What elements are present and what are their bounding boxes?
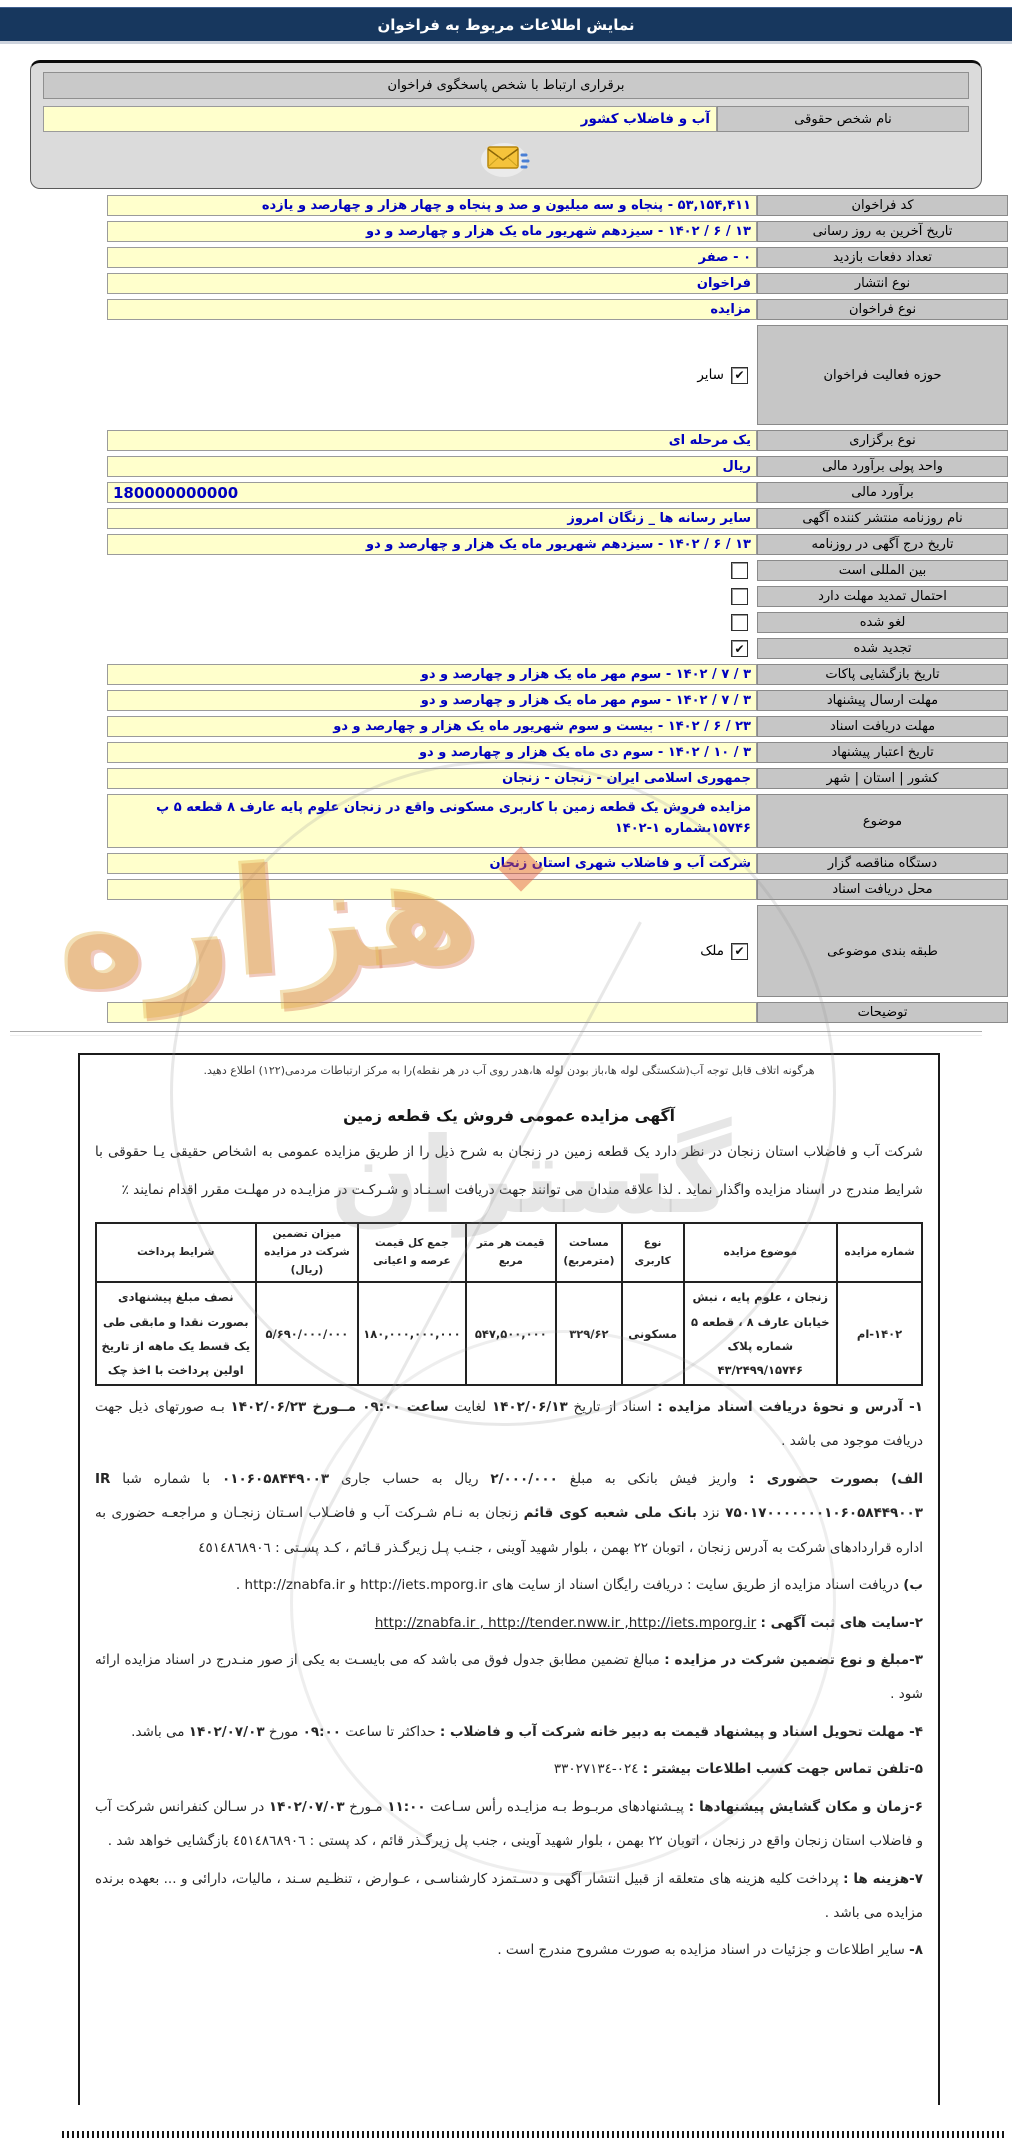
info-row: تاریخ اعتبار پیشنهاد۳ / ۱۰ / ۱۴۰۲ - سوم …: [0, 742, 1008, 763]
field-label: برآورد مالی: [757, 482, 1008, 503]
field-value[interactable]: ۵۳,۱۵۴,۴۱۱ - پنجاه و سه میلیون و صد و پن…: [107, 195, 757, 216]
info-row: مهلت ارسال پیشنهاد۳ / ۷ / ۱۴۰۲ - سوم مهر…: [0, 690, 1008, 711]
info-row-category: طبقه بندی موضوعیملک: [0, 905, 1008, 997]
ad-intro-paragraph: شرکت آب و فاضلاب استان زنجان در نظر دارد…: [95, 1133, 923, 1210]
col-usage-type: نوع کاربری: [622, 1223, 684, 1283]
info-row: کد فراخوان۵۳,۱۵۴,۴۱۱ - پنجاه و سه میلیون…: [0, 195, 1008, 216]
field-value[interactable]: [107, 879, 757, 900]
legal-person-value[interactable]: آب و فاضلاب کشور: [43, 106, 717, 132]
ad-item-alef: الف) بصورت حضوری : واریز فیش بانکی به مب…: [95, 1462, 923, 1565]
auction-subject: زنجان ، علوم پایه ، نبش خیابان عارف ۸ ، …: [684, 1282, 838, 1385]
guarantee-amount: ۵/۶۹۰/۰۰۰/۰۰۰: [256, 1282, 359, 1385]
info-row: نوع فراخوانمزایده: [0, 299, 1008, 320]
field-label: موضوع: [757, 794, 1008, 848]
field-label: واحد پولی برآورد مالی: [757, 456, 1008, 477]
field-label: تاریخ آخرین به روز رسانی: [757, 221, 1008, 242]
field-label: محل دریافت اسناد: [757, 879, 1008, 900]
field-label: نوع برگزاری: [757, 430, 1008, 451]
page-title: نمایش اطلاعات مربوط به فراخوان: [0, 7, 1012, 44]
field-value[interactable]: ۳ / ۷ / ۱۴۰۲ - سوم مهر ماه یک هزار و چها…: [107, 664, 757, 685]
field-label: طبقه بندی موضوعی: [757, 905, 1008, 997]
info-row-international: بین المللی است: [0, 560, 1008, 581]
info-row: کشور | استان | شهرجمهوری اسلامی ایران - …: [0, 768, 1008, 789]
payment-terms: نصف مبلغ پیشنهادی بصورت نقدا و مابقی طی …: [96, 1282, 256, 1385]
col-price-per-meter: قیمت هر متر مربع: [466, 1223, 556, 1283]
scanned-ad-document: هرگونه اتلاف قابل توجه آب(شکستگی لوله ها…: [78, 1053, 940, 2105]
info-row-subject: موضوعمزایده فروش یک قطعه زمین با کاربری …: [0, 794, 1008, 848]
field-value[interactable]: شرکت آب و فاضلاب شهری استان زنجان: [107, 853, 757, 874]
field-label: توضیحات: [757, 1002, 1008, 1023]
checkbox-icon[interactable]: [731, 614, 748, 631]
col-auction-number: شماره مزایده: [837, 1223, 922, 1283]
info-row: محل دریافت اسناد: [0, 879, 1008, 900]
field-value[interactable]: ۱۳ / ۶ / ۱۴۰۲ - سیزدهم شهریور ماه یک هزا…: [107, 221, 757, 242]
checkbox-label: ملک: [700, 943, 724, 959]
field-value[interactable]: ۱۳ / ۶ / ۱۴۰۲ - سیزدهم شهریور ماه یک هزا…: [107, 534, 757, 555]
checkbox-label: سایر: [697, 367, 724, 383]
ad-title: آگهی مزایده عمومی فروش یک قطعه زمین: [95, 1107, 923, 1125]
ad-item-5: ۵-تلفن تماس جهت کسب اطلاعات بیشتر : ٠٢٤-…: [95, 1752, 923, 1786]
info-row: تاریخ درج آگهی در روزنامه۱۳ / ۶ / ۱۴۰۲ -…: [0, 534, 1008, 555]
auction-table-data-row: ۱۴۰۲-ام زنجان ، علوم پایه ، نبش خیابان ع…: [96, 1282, 922, 1385]
col-total-price: جمع کل قیمت عرصه و اعیانی: [358, 1223, 465, 1283]
field-label: لغو شده: [757, 612, 1008, 633]
ad-item-1: ۱- آدرس و نحوهٔ دریافت اسناد مزایده : اس…: [95, 1390, 923, 1459]
info-row: مهلت دریافت اسناد۲۳ / ۶ / ۱۴۰۲ - بیست و …: [0, 716, 1008, 737]
ad-item-4: ۴- مهلت تحویل اسناد و پیشنهاد قیمت به دب…: [95, 1715, 923, 1749]
field-label: کشور | استان | شهر: [757, 768, 1008, 789]
field-label: احتمال تمدید مهلت دارد: [757, 586, 1008, 607]
checkbox-icon[interactable]: [731, 562, 748, 579]
info-row-estimate: برآورد مالی180000000000: [0, 482, 1008, 503]
field-value[interactable]: مزایده: [107, 299, 757, 320]
field-value[interactable]: جمهوری اسلامی ایران - زنجان - زنجان: [107, 768, 757, 789]
col-area: مساحت (مترمربع): [556, 1223, 622, 1283]
field-value[interactable]: ۳ / ۱۰ / ۱۴۰۲ - سوم دی ماه یک هزار و چها…: [107, 742, 757, 763]
info-row: تعداد دفعات بازدید۰ - صفر: [0, 247, 1008, 268]
field-value[interactable]: سایر رسانه ها _ زنگان امروز: [107, 508, 757, 529]
tender-info-table: کد فراخوان۵۳,۱۵۴,۴۱۱ - پنجاه و سه میلیون…: [0, 195, 1008, 1023]
field-value[interactable]: ۰ - صفر: [107, 247, 757, 268]
info-row: نوع برگزارییک مرحله ای: [0, 430, 1008, 451]
info-row: دستگاه مناقصه گزارشرکت آب و فاضلاب شهری …: [0, 853, 1008, 874]
ad-item-be: ب) دریافت اسناد مزایده از طریق سایت : در…: [95, 1568, 923, 1602]
field-label: تاریخ بازگشایی پاکات: [757, 664, 1008, 685]
contact-panel-header: برقراری ارتباط با شخص پاسخگوی فراخوان: [43, 72, 969, 99]
ad-item-2: ۲-سایت های ثبت آگهی : http://znabfa.ir ,…: [95, 1606, 923, 1640]
field-label: نوع انتشار: [757, 273, 1008, 294]
ad-item-8: ۸- سایر اطلاعات و جزئیات در اسناد مزایده…: [95, 1933, 923, 1967]
field-value[interactable]: ۳ / ۷ / ۱۴۰۲ - سوم مهر ماه یک هزار و چها…: [107, 690, 757, 711]
email-envelope-icon[interactable]: [479, 137, 533, 183]
field-label: دستگاه مناقصه گزار: [757, 853, 1008, 874]
info-row: تاریخ آخرین به روز رسانی۱۳ / ۶ / ۱۴۰۲ - …: [0, 221, 1008, 242]
ad-item-3: ۳-مبلغ و نوع تضمین شرکت در مزایده : مبال…: [95, 1643, 923, 1712]
field-label: کد فراخوان: [757, 195, 1008, 216]
field-label: نام روزنامه منتشر کننده آگهی: [757, 508, 1008, 529]
tender-info-page: { "window": { "title": "نمایش اطلاعات مر…: [0, 0, 1012, 2146]
info-row: نوع انتشارفراخوان: [0, 273, 1008, 294]
total-price: ۱۸۰,۰۰۰,۰۰۰,۰۰۰: [358, 1282, 465, 1385]
field-value[interactable]: ریال: [107, 456, 757, 477]
field-value[interactable]: 180000000000: [107, 482, 757, 503]
col-payment-terms: شرایط پرداخت: [96, 1223, 256, 1283]
contact-panel: برقراری ارتباط با شخص پاسخگوی فراخوان نا…: [30, 60, 982, 189]
checkbox-icon[interactable]: [731, 588, 748, 605]
perforation-line: [62, 2131, 1006, 2138]
col-auction-subject: موضوع مزایده: [684, 1223, 838, 1283]
checkbox-icon[interactable]: [731, 943, 748, 960]
auction-number: ۱۴۰۲-ام: [837, 1282, 922, 1385]
usage-type: مسکونی: [622, 1282, 684, 1385]
info-row: تاریخ بازگشایی پاکات۳ / ۷ / ۱۴۰۲ - سوم م…: [0, 664, 1008, 685]
legal-person-label: نام شخص حقوقی: [717, 106, 969, 132]
checkbox-icon[interactable]: [731, 367, 748, 384]
field-label: تعداد دفعات بازدید: [757, 247, 1008, 268]
area-value: ۳۲۹/۶۲: [556, 1282, 622, 1385]
field-value[interactable]: [107, 1002, 757, 1023]
field-value[interactable]: ۲۳ / ۶ / ۱۴۰۲ - بیست و سوم شهریور ماه یک…: [107, 716, 757, 737]
ad-item-7: ۷-هزینه ها : پرداخت کلیه هزینه های متعلق…: [95, 1862, 923, 1931]
field-label: مهلت دریافت اسناد: [757, 716, 1008, 737]
field-label: حوزه فعالیت فراخوان: [757, 325, 1008, 425]
field-label: تاریخ درج آگهی در روزنامه: [757, 534, 1008, 555]
field-label: نوع فراخوان: [757, 299, 1008, 320]
water-waste-notice: هرگونه اتلاف قابل توجه آب(شکستگی لوله ها…: [95, 1064, 923, 1077]
auction-table: شماره مزایده موضوع مزایده نوع کاربری مسا…: [95, 1222, 923, 1386]
checkbox-icon[interactable]: [731, 640, 748, 657]
field-value[interactable]: فراخوان: [107, 273, 757, 294]
ad-item-6: ۶-زمان و مکان گشایش پیشنهادها : پیـشنهاد…: [95, 1790, 923, 1859]
field-label: تجدید شده: [757, 638, 1008, 659]
info-row-extension: احتمال تمدید مهلت دارد: [0, 586, 1008, 607]
field-value[interactable]: یک مرحله ای: [107, 430, 757, 451]
field-label: تاریخ اعتبار پیشنهاد: [757, 742, 1008, 763]
info-row-renewed: تجدید شده: [0, 638, 1008, 659]
col-guarantee: میزان تضمین شرکت در مزایده (ریال): [256, 1223, 359, 1283]
section-divider: [10, 1031, 982, 1036]
field-value[interactable]: مزایده فروش یک قطعه زمین با کاربری مسکون…: [107, 794, 757, 848]
field-label: مهلت ارسال پیشنهاد: [757, 690, 1008, 711]
field-label: بین المللی است: [757, 560, 1008, 581]
price-per-meter: ۵۴۷,۵۰۰,۰۰۰: [466, 1282, 556, 1385]
legal-person-row: نام شخص حقوقی آب و فاضلاب کشور: [43, 106, 969, 132]
auction-table-header-row: شماره مزایده موضوع مزایده نوع کاربری مسا…: [96, 1223, 922, 1283]
info-row-cancelled: لغو شده: [0, 612, 1008, 633]
info-row: نام روزنامه منتشر کننده آگهیسایر رسانه ه…: [0, 508, 1008, 529]
info-row-activity-area: حوزه فعالیت فراخوانسایر: [0, 325, 1008, 425]
info-row: واحد پولی برآورد مالیریال: [0, 456, 1008, 477]
info-row: توضیحات: [0, 1002, 1008, 1023]
